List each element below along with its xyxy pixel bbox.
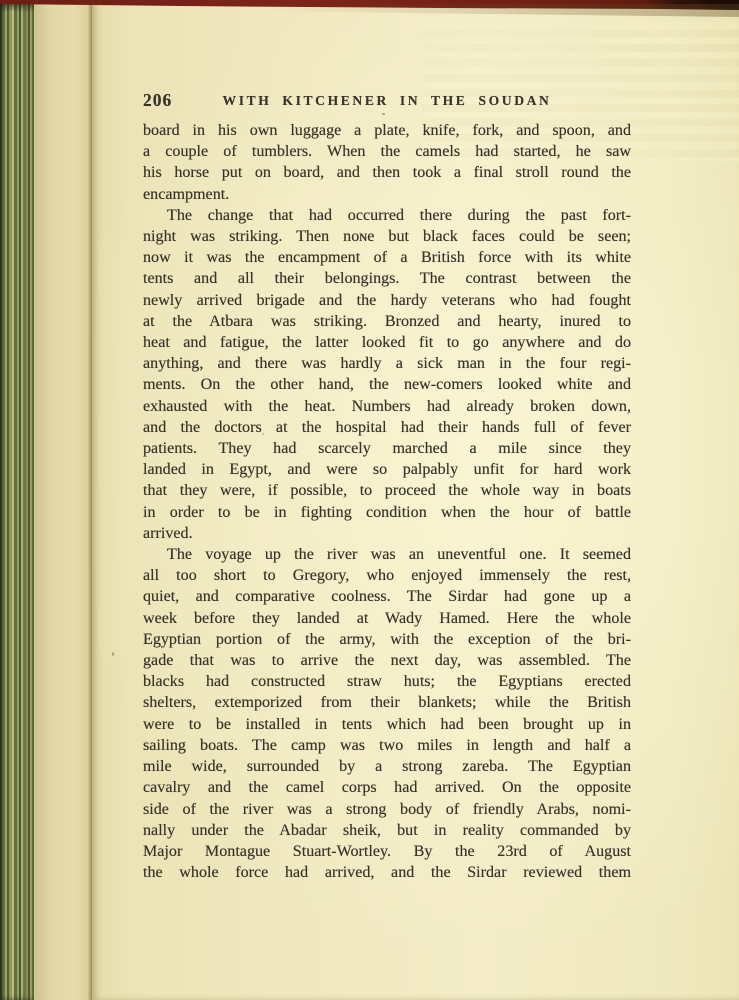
text-line: blacks had constructed straw huts; the E… <box>143 671 631 692</box>
book-page-edges <box>0 0 34 1000</box>
text-line: patients. They had scarcely marched a mi… <box>143 438 631 459</box>
text-line: a couple of tumblers. When the camels ha… <box>143 141 631 162</box>
text-line: encampment. <box>143 184 631 205</box>
page-header: 206 WITH KITCHENER IN THE SOUDAN <box>143 90 631 114</box>
text-line: all too short to Gregory, who enjoyed im… <box>143 565 631 586</box>
text-line: at the Atbara was striking. Bronzed and … <box>143 311 631 332</box>
text-line: board in his own luggage a plate, knife,… <box>143 120 631 141</box>
text-line: ments. On the other hand, the new-comers… <box>143 374 631 395</box>
text-line: landed in Egypt, and were so palpably un… <box>143 459 631 480</box>
text-line: newly arrived brigade and the hardy vete… <box>143 290 631 311</box>
scanned-book-page: 206 WITH KITCHENER IN THE SOUDAN board i… <box>0 0 739 1000</box>
text-line: now it was the encampment of a British f… <box>143 247 631 268</box>
text-line: his horse put on board, and then took a … <box>143 162 631 183</box>
body-text: board in his own luggage a plate, knife,… <box>143 120 631 883</box>
text-line: week before they landed at Wady Hamed. H… <box>143 608 631 629</box>
page-sheet: 206 WITH KITCHENER IN THE SOUDAN board i… <box>92 0 739 1000</box>
text-line: anything, and there was hardly a sick ma… <box>143 353 631 374</box>
text-line: Egyptian portion of the army, with the e… <box>143 629 631 650</box>
text-line: sailing boats. The camp was two miles in… <box>143 735 631 756</box>
text-line: exhausted with the heat. Numbers had alr… <box>143 396 631 417</box>
text-line: nally under the Abadar sheik, but in rea… <box>143 820 631 841</box>
text-line: shelters, extemporized from their blanke… <box>143 692 631 713</box>
text-line: that they were, if possible, to proceed … <box>143 480 631 501</box>
text-line: arrived. <box>143 523 631 544</box>
under-page-edge <box>34 0 92 1000</box>
text-line: heat and fatigue, the latter looked fit … <box>143 332 631 353</box>
text-line: were to be installed in tents which had … <box>143 714 631 735</box>
text-line: The change that had occurred there durin… <box>143 205 631 226</box>
text-line: Major Montague Stuart-Wortley. By the 23… <box>143 841 631 862</box>
text-line: mile wide, surrounded by a strong zareba… <box>143 756 631 777</box>
text-line: the whole force had arrived, and the Sir… <box>143 862 631 883</box>
running-header: WITH KITCHENER IN THE SOUDAN <box>143 90 631 109</box>
text-line: gade that was to arrive the next day, wa… <box>143 650 631 671</box>
text-line: night was striking. Then noɴe but black … <box>143 226 631 247</box>
text-line: in order to be in fighting condition whe… <box>143 502 631 523</box>
text-line: tents and all their belongings. The cont… <box>143 268 631 289</box>
text-line: The voyage up the river was an uneventfu… <box>143 544 631 565</box>
text-line: cavalry and the camel corps had arrived.… <box>143 777 631 798</box>
page-number: 206 <box>143 90 172 111</box>
text-line: side of the river was a strong body of f… <box>143 799 631 820</box>
text-line: quiet, and comparative coolness. The Sir… <box>143 586 631 607</box>
text-line: and the doctors at the hospital had thei… <box>143 417 631 438</box>
